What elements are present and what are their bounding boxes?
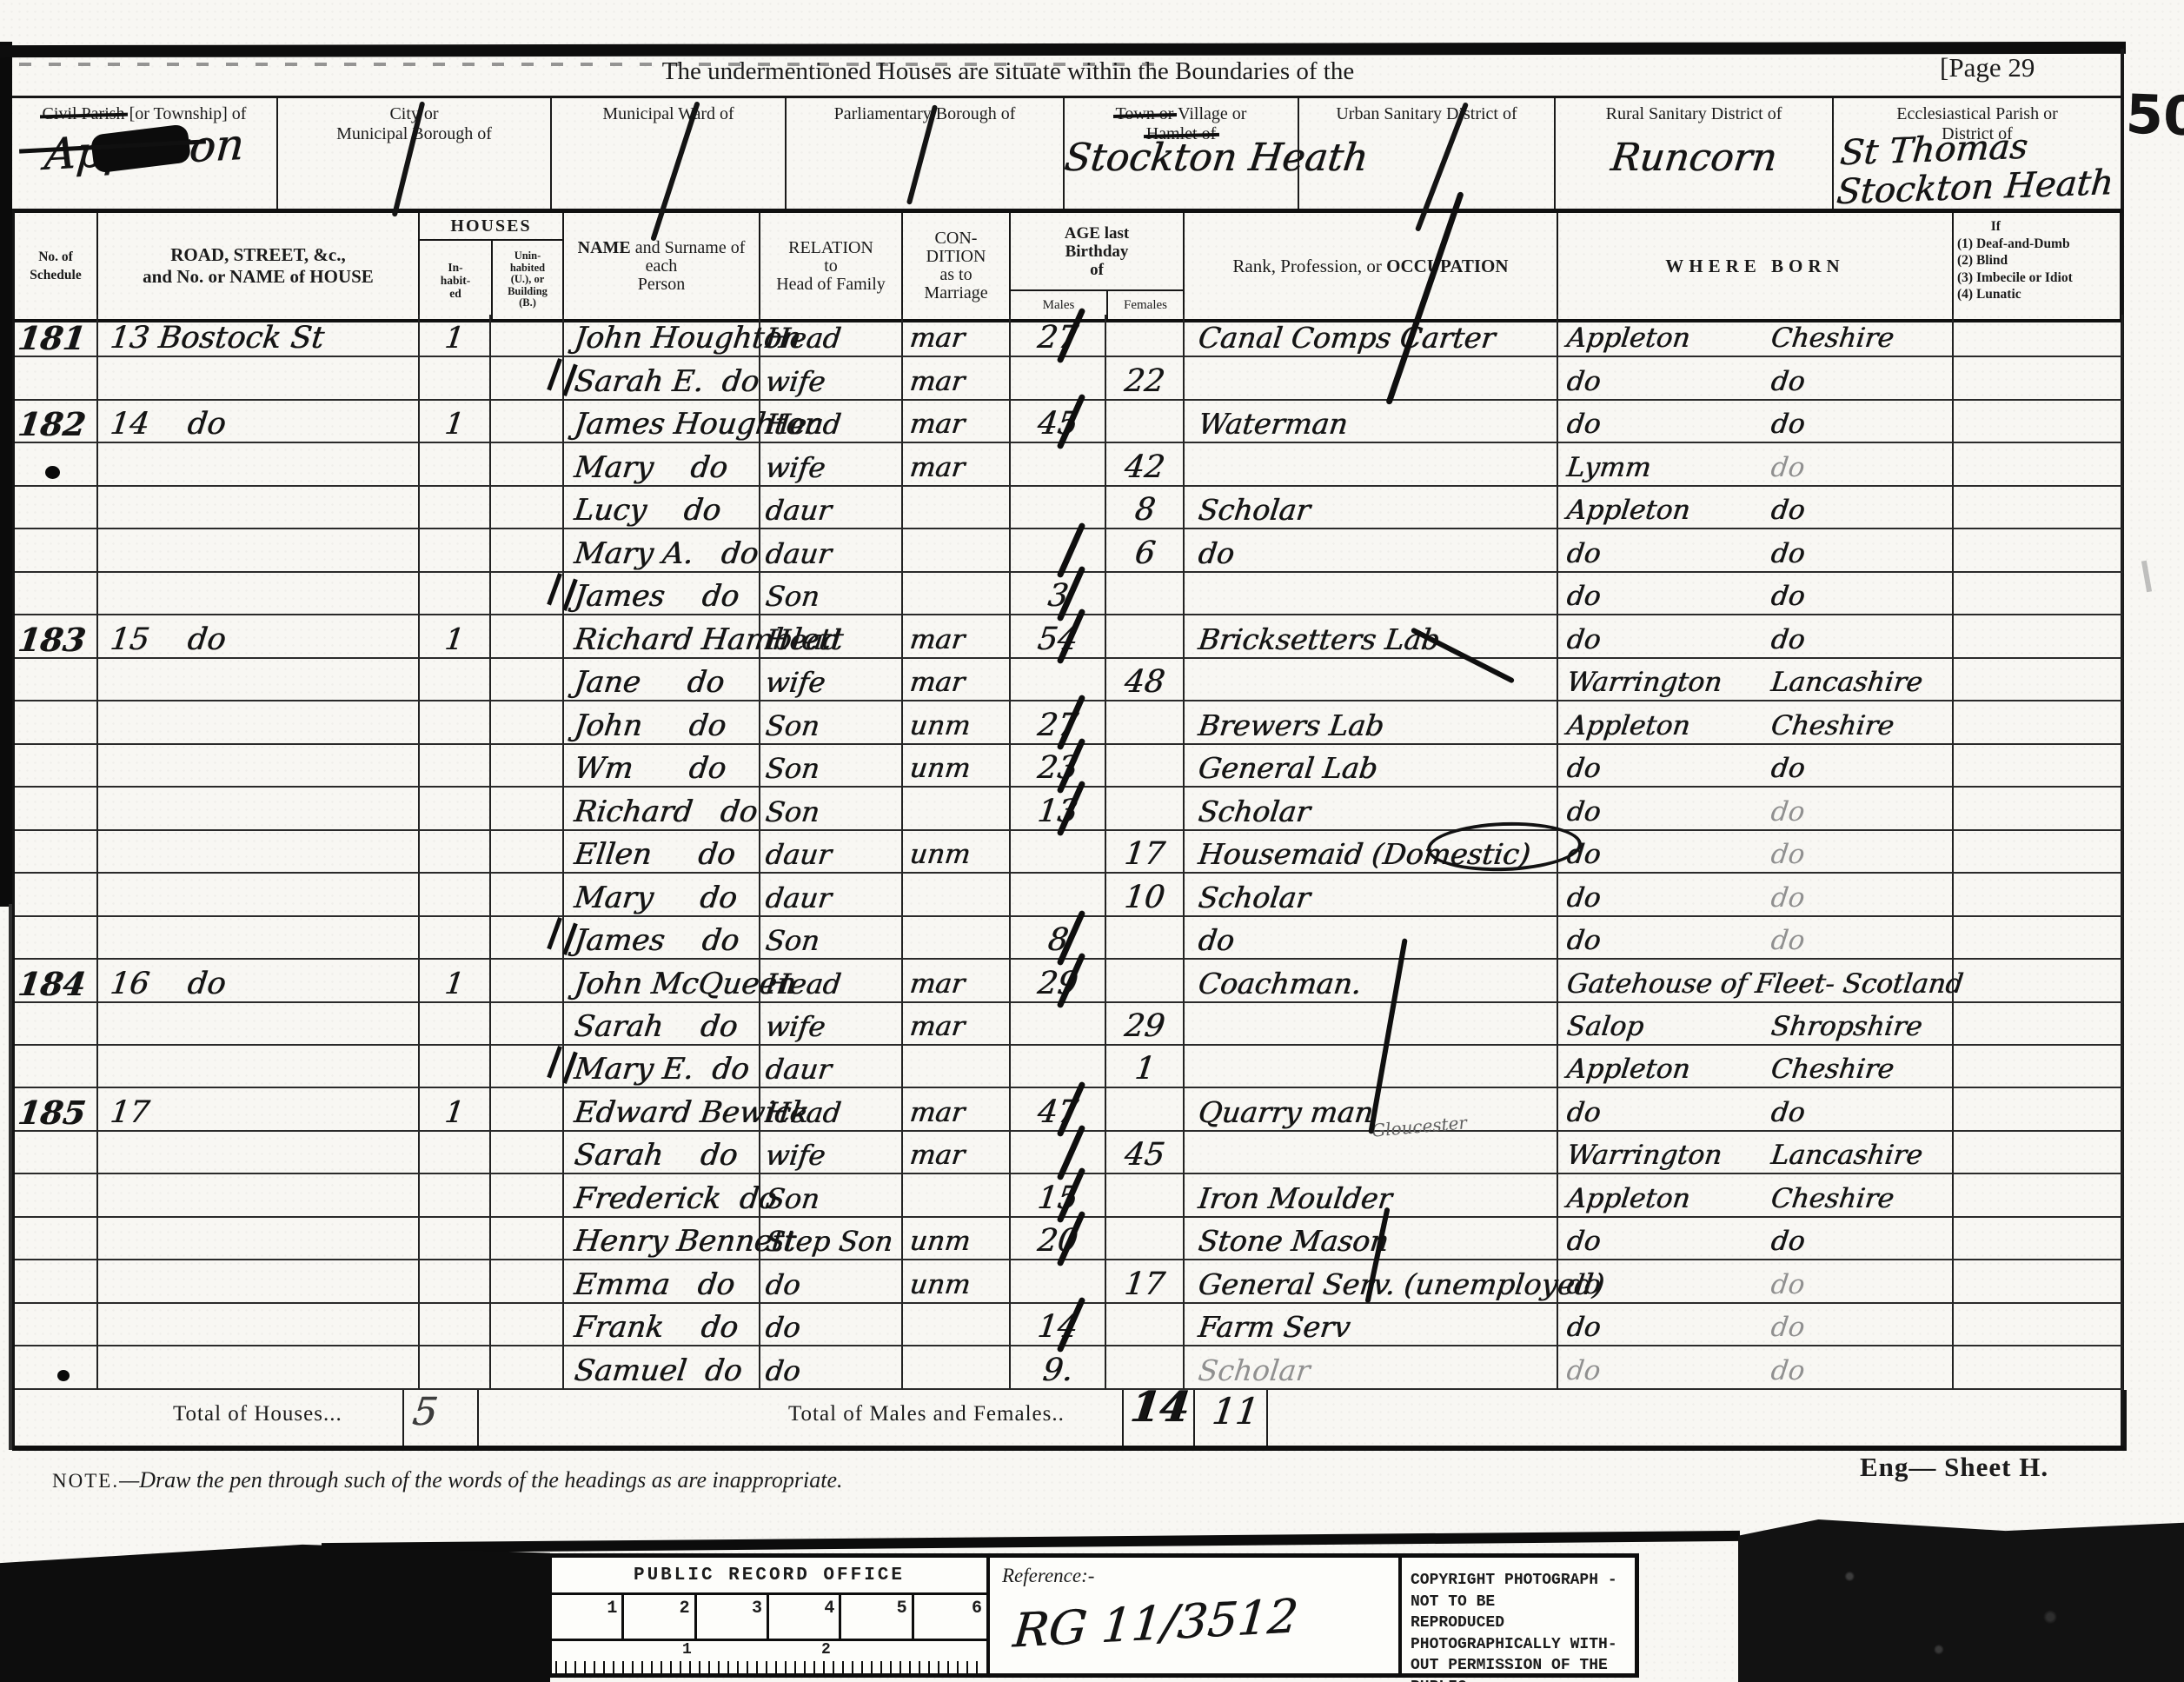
birth-county: do <box>1769 751 1806 786</box>
birth-place: do <box>1557 1095 1603 1130</box>
inhabited-cell <box>420 1132 491 1174</box>
person-name-cell: Ellen do <box>564 831 760 874</box>
age-female: 17 <box>1123 1267 1167 1302</box>
birth-county: do <box>1769 881 1806 915</box>
uninhabited-cell <box>491 745 564 788</box>
birth-place: do <box>1557 1267 1603 1302</box>
ruler-number: 2 <box>680 1599 690 1619</box>
relation-cell: wife <box>760 357 903 400</box>
ruler-number: 1 <box>607 1599 617 1619</box>
table-row: Richard do Son 13 Scholar dodo <box>12 788 2121 830</box>
condition-cell <box>903 788 1011 830</box>
road-cell <box>98 443 420 486</box>
occupation-cell: do <box>1185 917 1558 960</box>
age-female-cell: 22 <box>1106 357 1185 400</box>
birth-county: Lancashire <box>1769 665 1924 700</box>
birth-county: do <box>1769 364 1806 399</box>
person-name-cell: Jane do <box>564 659 760 701</box>
occupation: Scholar <box>1197 1353 1312 1388</box>
infirmity-cell <box>1954 357 2123 400</box>
road-cell <box>98 1046 420 1088</box>
relation-cell: Head <box>760 1088 903 1131</box>
condition-cell <box>903 573 1011 615</box>
footnote-body: —Draw the pen through such of the words … <box>119 1467 842 1493</box>
table-row: Frederick do Son 15 Iron Moulder Appleto… <box>12 1174 2121 1217</box>
schedule-number-cell <box>15 917 98 960</box>
ruler-number: 5 <box>897 1599 907 1619</box>
where-born-cell: dodo <box>1558 357 1954 400</box>
age-female-cell <box>1106 960 1185 1002</box>
occupation: Brewers Lab <box>1197 708 1386 743</box>
age-female-cell: 8 <box>1106 487 1185 529</box>
relation-to-head: daur <box>759 493 833 528</box>
inhabited-cell <box>420 1260 491 1303</box>
relation-cell: Son <box>760 917 903 960</box>
road-cell <box>98 1260 420 1303</box>
person-name-cell: Richard Hamblett <box>564 615 760 658</box>
age-male-cell <box>1011 874 1106 916</box>
header-road: ROAD, STREET, &c., and No. or NAME of HO… <box>98 213 420 319</box>
where-born-cell: AppletonCheshire <box>1558 1174 1954 1217</box>
inhabited-cell <box>420 788 491 830</box>
road-name: 14 do <box>96 407 228 442</box>
occupation-cell: Farm Serv <box>1185 1304 1558 1346</box>
person-name: Richard do <box>573 794 760 829</box>
person-name-cell: Henry Bennett <box>564 1218 760 1260</box>
district-cell-town-village: Town or Village or Hamlet of Stockton He… <box>1065 98 1299 211</box>
inhabited-mark: 1 <box>443 967 467 1001</box>
person-name: Samuel do <box>573 1353 744 1388</box>
age-female-cell: 10 <box>1106 874 1185 916</box>
age-male-cell: 3 <box>1011 573 1106 615</box>
occupation: do <box>1197 536 1237 571</box>
age-female: 22 <box>1123 364 1167 399</box>
uninhabited-cell <box>491 831 564 874</box>
occupation: General Serv. (unemployed) <box>1197 1267 1607 1302</box>
table-row: Mary E. do daur 1 AppletonCheshire <box>12 1046 2121 1088</box>
person-name: Ellen do <box>573 837 738 872</box>
relation-cell: wife <box>760 659 903 701</box>
age-male-cell: 23 <box>1011 745 1106 788</box>
infirmity-cell <box>1954 615 2123 658</box>
total-females-value: 11 <box>1210 1390 1261 1433</box>
table-row: Wm do Son unm 23 General Lab dodo <box>12 745 2121 788</box>
birth-county: do <box>1769 493 1806 528</box>
age-male-cell: 29 <box>1011 960 1106 1002</box>
schedule-number-cell <box>15 1003 98 1046</box>
uninhabited-cell <box>491 960 564 1002</box>
occupation: General Lab <box>1197 751 1380 786</box>
where-born-cell: WarringtonLancashire <box>1558 1132 1954 1174</box>
birth-county: do <box>1769 1267 1806 1302</box>
schedule-number-cell <box>15 788 98 830</box>
age-female-cell: 29 <box>1106 1003 1185 1046</box>
ruler-segment: 4 <box>769 1595 841 1639</box>
occupation: Canal Comps Carter <box>1197 321 1497 356</box>
birth-county: do <box>1769 1310 1806 1345</box>
where-born-cell: dodo <box>1558 1088 1954 1131</box>
table-row: 183 15 do 1 Richard Hamblett Head mar 54… <box>12 615 2121 658</box>
condition-cell <box>903 1346 1011 1389</box>
road-cell <box>98 1132 420 1174</box>
marriage-condition: unm <box>901 751 973 786</box>
birth-place: do <box>1557 579 1603 614</box>
person-name-cell: Emma do <box>564 1260 760 1303</box>
age-male-cell <box>1011 1046 1106 1088</box>
age-female-cell <box>1106 573 1185 615</box>
relation-cell: Son <box>760 573 903 615</box>
table-row: Sarah do wife mar 29 SalopShropshire <box>12 1003 2121 1046</box>
road-cell <box>98 357 420 400</box>
person-name-cell: Sarah do <box>564 1132 760 1174</box>
occupation-cell: Scholar <box>1185 487 1558 529</box>
person-name: Mary do <box>573 450 730 485</box>
pro-title: PUBLIC RECORD OFFICE <box>552 1558 986 1595</box>
age-male-cell <box>1011 1132 1106 1174</box>
birth-county: do <box>1769 622 1806 657</box>
person-name: Sarah do <box>573 1138 740 1173</box>
birth-place: do <box>1557 881 1603 915</box>
schedule-number-cell <box>15 745 98 788</box>
condition-cell: unm <box>903 1218 1011 1260</box>
infirmity-cell <box>1954 701 2123 744</box>
birth-county: Lancashire <box>1769 1138 1924 1173</box>
uninhabited-cell <box>491 659 564 701</box>
ecclesiastical-parish-value: St Thomas Stockton Heath <box>1835 122 2184 213</box>
schedule-number-cell <box>15 1304 98 1346</box>
table-body: 181 13 Bostock St 1 John Houghton Head m… <box>12 315 2121 1390</box>
birth-county: Cheshire <box>1769 1052 1895 1087</box>
inhabited-cell <box>420 1218 491 1260</box>
grid-line <box>1266 1390 1268 1446</box>
footnote: NOTE.—Draw the pen through such of the w… <box>52 1467 843 1493</box>
condition-cell: mar <box>903 443 1011 486</box>
uninhabited-cell <box>491 1260 564 1303</box>
reference-label: Reference:- <box>1002 1565 1094 1587</box>
person-name-cell: Mary A. do <box>564 529 760 572</box>
occupation: do <box>1197 923 1237 958</box>
schedule-number-cell <box>15 1132 98 1174</box>
relation-to-head: wife <box>759 1009 827 1044</box>
scan-top-band <box>0 42 2126 57</box>
occupation: Scholar <box>1197 794 1312 829</box>
uninhabited-cell <box>491 1174 564 1217</box>
relation-to-head: Son <box>759 923 822 958</box>
road-cell <box>98 917 420 960</box>
person-name-cell: John do <box>564 701 760 744</box>
district-label: Parliamentary Borough of <box>787 104 1063 124</box>
birth-place: do <box>1557 923 1603 958</box>
birth-place: do <box>1557 536 1603 571</box>
person-name-cell: James do <box>564 917 760 960</box>
ink-dot <box>57 1370 70 1381</box>
age-female-cell <box>1106 788 1185 830</box>
condition-cell: mar <box>903 315 1011 357</box>
inhabited-cell <box>420 874 491 916</box>
relation-cell: do <box>760 1346 903 1389</box>
birth-place: Appleton <box>1557 1181 1692 1216</box>
inhabited-cell <box>420 573 491 615</box>
relation-to-head: wife <box>759 665 827 700</box>
age-female-cell: 17 <box>1106 1260 1185 1303</box>
uninhabited-cell <box>491 487 564 529</box>
birth-place: do <box>1557 794 1603 829</box>
birth-place: do <box>1557 1310 1603 1345</box>
table-row: 181 13 Bostock St 1 John Houghton Head m… <box>12 315 2121 357</box>
table-row: Mary do daur 10 Scholar dodo <box>12 874 2121 916</box>
age-female-cell <box>1106 701 1185 744</box>
schedule-number-cell <box>15 573 98 615</box>
relation-cell: Son <box>760 745 903 788</box>
person-name: Frederick do <box>573 1181 779 1216</box>
district-label: Urban Sanitary District of <box>1299 104 1554 124</box>
where-born-cell: dodo <box>1558 745 1954 788</box>
schedule-number-cell <box>15 1260 98 1303</box>
occupation: Farm Serv <box>1197 1310 1352 1345</box>
person-name-cell: Frank do <box>564 1304 760 1346</box>
age-male-cell: 27 <box>1011 315 1106 357</box>
header-uninhabited: Unin- habited (U.), or Building (B.) <box>493 241 562 319</box>
relation-cell: daur <box>760 487 903 529</box>
condition-cell: mar <box>903 1132 1011 1174</box>
village-value: Stockton Heath <box>1062 138 1300 178</box>
uninhabited-cell <box>491 615 564 658</box>
relation-cell: Son <box>760 788 903 830</box>
relation-to-head: do <box>759 1310 803 1345</box>
census-scan-page: The undermentioned Houses are situate wi… <box>0 0 2184 1682</box>
occupation-cell <box>1185 443 1558 486</box>
occupation: Scholar <box>1197 493 1312 528</box>
relation-to-head: wife <box>759 364 827 399</box>
uninhabited-cell <box>491 529 564 572</box>
relation-cell: Head <box>760 315 903 357</box>
ruler-segment: 3 <box>697 1595 769 1639</box>
relation-cell: do <box>760 1304 903 1346</box>
relation-to-head: Head <box>759 321 843 356</box>
schedule-number: 185 <box>13 1095 88 1130</box>
relation-to-head: daur <box>759 837 833 872</box>
ruler-number: 4 <box>824 1599 834 1619</box>
header-schedule: No. of Schedule <box>15 213 98 319</box>
age-male-cell <box>1011 443 1106 486</box>
inhabited-mark: 1 <box>443 622 467 657</box>
infirmity-cell <box>1954 529 2123 572</box>
road-cell <box>98 831 420 874</box>
header-occupation: Rank, Profession, or OCCUPATION <box>1185 213 1558 319</box>
inhabited-cell: 1 <box>420 960 491 1002</box>
condition-cell: unm <box>903 831 1011 874</box>
infirmity-cell <box>1954 1046 2123 1088</box>
infirmity-cell <box>1954 1304 2123 1346</box>
age-male-cell <box>1011 831 1106 874</box>
person-name-cell: John Houghton <box>564 315 760 357</box>
uninhabited-cell <box>491 788 564 830</box>
where-born-cell: dodo <box>1558 831 1954 874</box>
schedule-number-cell <box>15 1218 98 1260</box>
infirmity-cell <box>1954 573 2123 615</box>
table-row: James do Son 8 do dodo <box>12 917 2121 960</box>
inhabited-mark: 1 <box>443 407 467 442</box>
age-male: 9. <box>1040 1353 1074 1388</box>
person-name: Mary do <box>573 881 740 915</box>
page-number-label: [Page 29 <box>1940 52 2035 83</box>
relation-cell: wife <box>760 443 903 486</box>
schedule-number-cell: 181 <box>15 315 98 357</box>
relation-cell: Head <box>760 615 903 658</box>
occupation: Bricksetters Lab <box>1197 622 1442 657</box>
header-houses-group: HOUSES In- habit- ed Unin- habited (U.),… <box>420 213 564 319</box>
age-male-cell: 27 <box>1011 701 1106 744</box>
ruler-fine-scale: 1 2 <box>552 1641 986 1673</box>
marriage-condition: unm <box>901 1224 973 1259</box>
total-males-value: 14 <box>1128 1383 1192 1432</box>
relation-to-head: Head <box>759 407 843 442</box>
schedule-number: 184 <box>13 967 88 1001</box>
person-name-cell: Mary E. do <box>564 1046 760 1088</box>
age-male-cell <box>1011 487 1106 529</box>
grid-line <box>1122 1390 1124 1446</box>
table-row: James do Son 3 dodo <box>12 573 2121 615</box>
condition-cell: mar <box>903 960 1011 1002</box>
condition-cell: mar <box>903 659 1011 701</box>
table-row: Jane do wife mar 48 WarringtonLancashire <box>12 659 2121 701</box>
uninhabited-cell <box>491 1304 564 1346</box>
condition-cell: mar <box>903 1088 1011 1131</box>
condition-cell: mar <box>903 357 1011 400</box>
district-cell-municipal-ward: Municipal Ward of <box>552 98 787 211</box>
infirmity-cell <box>1954 960 2123 1002</box>
road-cell: 16 do <box>98 960 420 1002</box>
header-rank-bold: OCCUPATION <box>1386 256 1508 276</box>
header-rank-rest: Rank, Profession, or <box>1232 256 1386 276</box>
table-row: 184 16 do 1 John McQueen Head mar 29 Coa… <box>12 960 2121 1002</box>
header-infirmities: If (1) Deaf-and-Dumb (2) Blind (3) Imbec… <box>1954 213 2123 319</box>
relation-to-head: Son <box>759 794 822 829</box>
inhabited-cell <box>420 1003 491 1046</box>
occupation-cell: Stone Mason <box>1185 1218 1558 1260</box>
where-born-cell: dodo <box>1558 1260 1954 1303</box>
age-male-cell: 47 <box>1011 1088 1106 1131</box>
road-name: 15 do <box>96 622 228 657</box>
occupation-cell <box>1185 659 1558 701</box>
ruler-inches: 1 2 3 4 5 6 <box>552 1595 986 1641</box>
where-born-cell: AppletonCheshire <box>1558 315 1954 357</box>
birth-county: Cheshire <box>1769 1181 1895 1216</box>
header-condition: CON- DITION as to Marriage <box>903 213 1011 319</box>
road-cell <box>98 573 420 615</box>
inhabited-cell <box>420 443 491 486</box>
uninhabited-cell <box>491 1218 564 1260</box>
occupation-cell <box>1185 573 1558 615</box>
age-male-cell: 20 <box>1011 1218 1106 1260</box>
total-houses-value: 5 <box>410 1390 440 1434</box>
infirmity-cell <box>1954 1174 2123 1217</box>
table-row: Mary do wife mar 42 Lymmdo <box>12 443 2121 486</box>
relation-to-head: daur <box>759 1052 833 1087</box>
age-female-cell: 45 <box>1106 1132 1185 1174</box>
marriage-condition: mar <box>901 450 967 485</box>
where-born-cell: dodo <box>1558 573 1954 615</box>
inhabited-cell <box>420 1174 491 1217</box>
occupation-cell: Brewers Lab <box>1185 701 1558 744</box>
infirmity-cell <box>1954 917 2123 960</box>
schedule-number-cell <box>15 357 98 400</box>
person-name: Sarah do <box>573 1009 740 1044</box>
district-cell-parliamentary-borough: Parliamentary Borough of <box>787 98 1065 211</box>
marriage-condition: mar <box>901 364 967 399</box>
occupation-cell <box>1185 1003 1558 1046</box>
uninhabited-cell <box>491 315 564 357</box>
label-text: Parliamentary Borough of <box>834 104 1016 123</box>
person-name-cell: Richard do <box>564 788 760 830</box>
road-cell: 14 do <box>98 401 420 443</box>
occupation-cell: Canal Comps Carter <box>1185 315 1558 357</box>
age-female: 45 <box>1123 1138 1167 1173</box>
birth-place: Appleton <box>1557 321 1692 356</box>
schedule-number-cell <box>15 831 98 874</box>
occupation-cell: Scholar <box>1185 874 1558 916</box>
infirmity-cell <box>1954 745 2123 788</box>
grid-line <box>477 1390 479 1446</box>
person-name-cell: Sarah do <box>564 1003 760 1046</box>
marriage-condition: mar <box>901 1009 967 1044</box>
reference-number: RG 11/3512 <box>1011 1589 1300 1659</box>
table-row: Sarah do wife mar 45 WarringtonLancashir… <box>12 1132 2121 1174</box>
schedule-number-cell <box>15 659 98 701</box>
district-label: Rural Sanitary District of <box>1556 104 1832 124</box>
birth-county: do <box>1769 923 1806 958</box>
where-born-cell: WarringtonLancashire <box>1558 659 1954 701</box>
age-male-cell: 54 <box>1011 615 1106 658</box>
person-name-cell: James do <box>564 573 760 615</box>
page-title: The undermentioned Houses are situate wi… <box>574 57 1443 86</box>
birth-place: do <box>1557 751 1603 786</box>
district-cell-rural-sanitary: Rural Sanitary District of Runcorn <box>1556 98 1834 211</box>
birth-place: do <box>1557 622 1603 657</box>
inhabited-cell <box>420 659 491 701</box>
header-name: NAME and Surname of each Person <box>564 213 760 319</box>
table-row: 182 14 do 1 James Houghton Head mar 45 W… <box>12 401 2121 443</box>
district-cell-municipal-borough: City or Municipal Borough of <box>278 98 552 211</box>
relation-to-head: Head <box>759 622 843 657</box>
birth-place: do <box>1557 407 1603 442</box>
age-male-cell <box>1011 357 1106 400</box>
total-males-females-label: Total of Males and Females.. <box>788 1402 1065 1426</box>
relation-cell: Step Son <box>760 1218 903 1260</box>
inhabited-cell: 1 <box>420 401 491 443</box>
occupation: Waterman <box>1197 407 1350 442</box>
age-female-cell: 6 <box>1106 529 1185 572</box>
schedule-number-cell <box>15 1174 98 1217</box>
schedule-number-cell <box>15 443 98 486</box>
table-row: Henry Bennett Step Son unm 20 Stone Maso… <box>12 1218 2121 1260</box>
header-where-born: WHERE BORN <box>1558 213 1954 319</box>
age-female-cell <box>1106 615 1185 658</box>
district-header: Civil Parish [or Township] of Appleton C… <box>12 96 2121 211</box>
occupation-cell: General Lab <box>1185 745 1558 788</box>
reference-panel: Reference:- RG 11/3512 <box>990 1558 1402 1673</box>
district-cell-ecclesiastical-parish: Ecclesiastical Parish or District of St … <box>1834 98 2121 211</box>
birth-county: Shropshire <box>1769 1009 1923 1044</box>
condition-cell <box>903 1174 1011 1217</box>
schedule-number: 181 <box>13 321 88 356</box>
person-name-cell: Edward Bewick <box>564 1088 760 1131</box>
uninhabited-cell <box>491 1346 564 1389</box>
ruler-number: 3 <box>752 1599 762 1619</box>
person-name: Emma do <box>573 1267 737 1302</box>
infirmity-cell <box>1954 1218 2123 1260</box>
relation-to-head: Step Son <box>759 1224 895 1259</box>
